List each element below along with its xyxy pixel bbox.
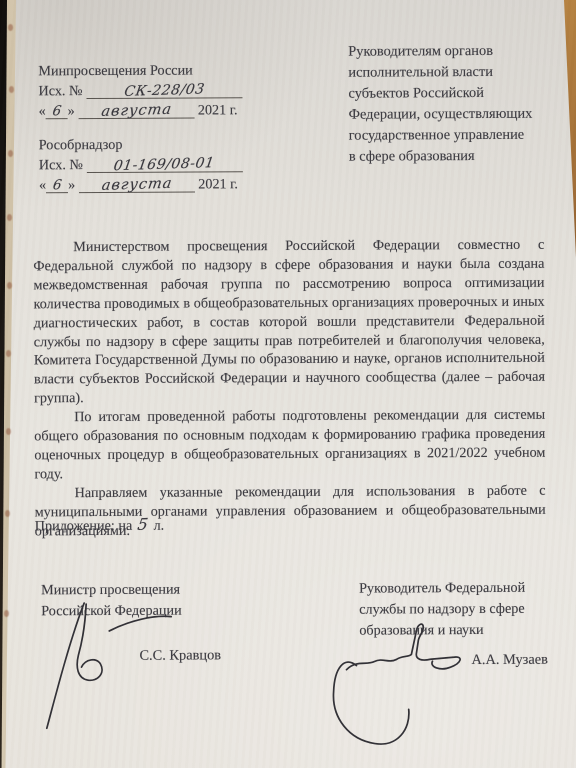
open-quote: «	[39, 177, 46, 193]
letter-body: Министерством просвещения Российской Фед…	[33, 236, 546, 541]
binding-mark	[5, 510, 10, 517]
day-underline: 6	[46, 178, 68, 193]
document-photo: Минпросвещения России Исх. № СК-228/03 «…	[0, 0, 576, 768]
year-label: 2021 г.	[198, 102, 238, 118]
signer-name-kravtsov: С.С. Кравцов	[139, 647, 221, 664]
attachment-label: Приложение: на	[35, 518, 133, 535]
sender-block-rosobrnadzor: Рособрнадзор Исх. № 01-169/08-01 «6» авг…	[39, 134, 243, 195]
binding-mark	[6, 350, 11, 357]
letter-content: Минпросвещения России Исх. № СК-228/03 «…	[0, 0, 576, 768]
handwritten-page-count: 5	[134, 515, 151, 534]
rosobrnadzor-ref-line: Исх. № 01-169/08-01	[39, 154, 243, 175]
signer-title-line: Руководитель Федеральной	[359, 578, 525, 600]
body-paragraph: Министерством просвещения Российской Фед…	[33, 236, 545, 409]
handwritten-day: 6	[51, 104, 62, 118]
addressee-line: в сфере образования	[349, 146, 533, 168]
handwritten-month: августа	[100, 103, 173, 119]
addressee-block: Руководителям органов исполнительной вла…	[348, 41, 532, 168]
body-paragraph: По итогам проведенной работы подготовлен…	[34, 406, 545, 484]
binding-mark	[8, 150, 13, 157]
binding-mark	[7, 282, 12, 289]
ref-underline: СК-228/03	[86, 83, 242, 99]
addressee-line: Руководителям органов	[348, 41, 532, 63]
close-quote: »	[68, 177, 75, 193]
day-underline: 6	[46, 104, 68, 119]
ref-label: Исх. №	[38, 83, 82, 99]
ministry-ref-line: Исх. № СК-228/03	[38, 80, 242, 101]
handwritten-ref-number: СК-228/03	[123, 82, 205, 99]
ministry-date-line: «6» августа 2021 г.	[39, 100, 243, 121]
binding-mark	[4, 610, 9, 617]
sender-block-ministry: Минпросвещения России Исх. № СК-228/03 «…	[38, 60, 242, 121]
handwritten-month: августа	[100, 177, 173, 193]
month-underline: августа	[78, 103, 194, 119]
binding-mark	[8, 24, 13, 31]
handwritten-ref-number: 01-169/08-01	[113, 156, 216, 173]
month-underline: августа	[79, 177, 195, 193]
addressee-line: Федерации, осуществляющих	[349, 104, 533, 126]
addressee-line: исполнительной власти	[348, 62, 532, 84]
binding-mark	[7, 214, 12, 221]
kravtsov-signature	[21, 593, 182, 744]
year-label: 2021 г.	[198, 176, 238, 192]
signer-name-muzaev: А.А. Музаев	[471, 652, 548, 669]
rosobrnadzor-name: Рособрнадзор	[39, 134, 243, 155]
binding-mark	[6, 428, 11, 435]
addressee-line: субъектов Российской	[348, 83, 532, 105]
attachment-unit: л.	[154, 518, 165, 534]
binding-mark	[9, 86, 14, 93]
attachment-line: Приложение: на 5 л.	[35, 515, 165, 536]
addressee-line: государственное управление	[349, 125, 533, 147]
ministry-name: Минпросвещения России	[38, 60, 242, 81]
ref-label: Исх. №	[39, 157, 83, 173]
close-quote: »	[68, 103, 75, 119]
rosobrnadzor-date-line: «6» августа 2021 г.	[39, 174, 243, 195]
ref-underline: 01-169/08-01	[86, 157, 242, 173]
open-quote: «	[39, 103, 46, 119]
muzaev-signature	[326, 617, 487, 753]
handwritten-day: 6	[52, 178, 63, 192]
